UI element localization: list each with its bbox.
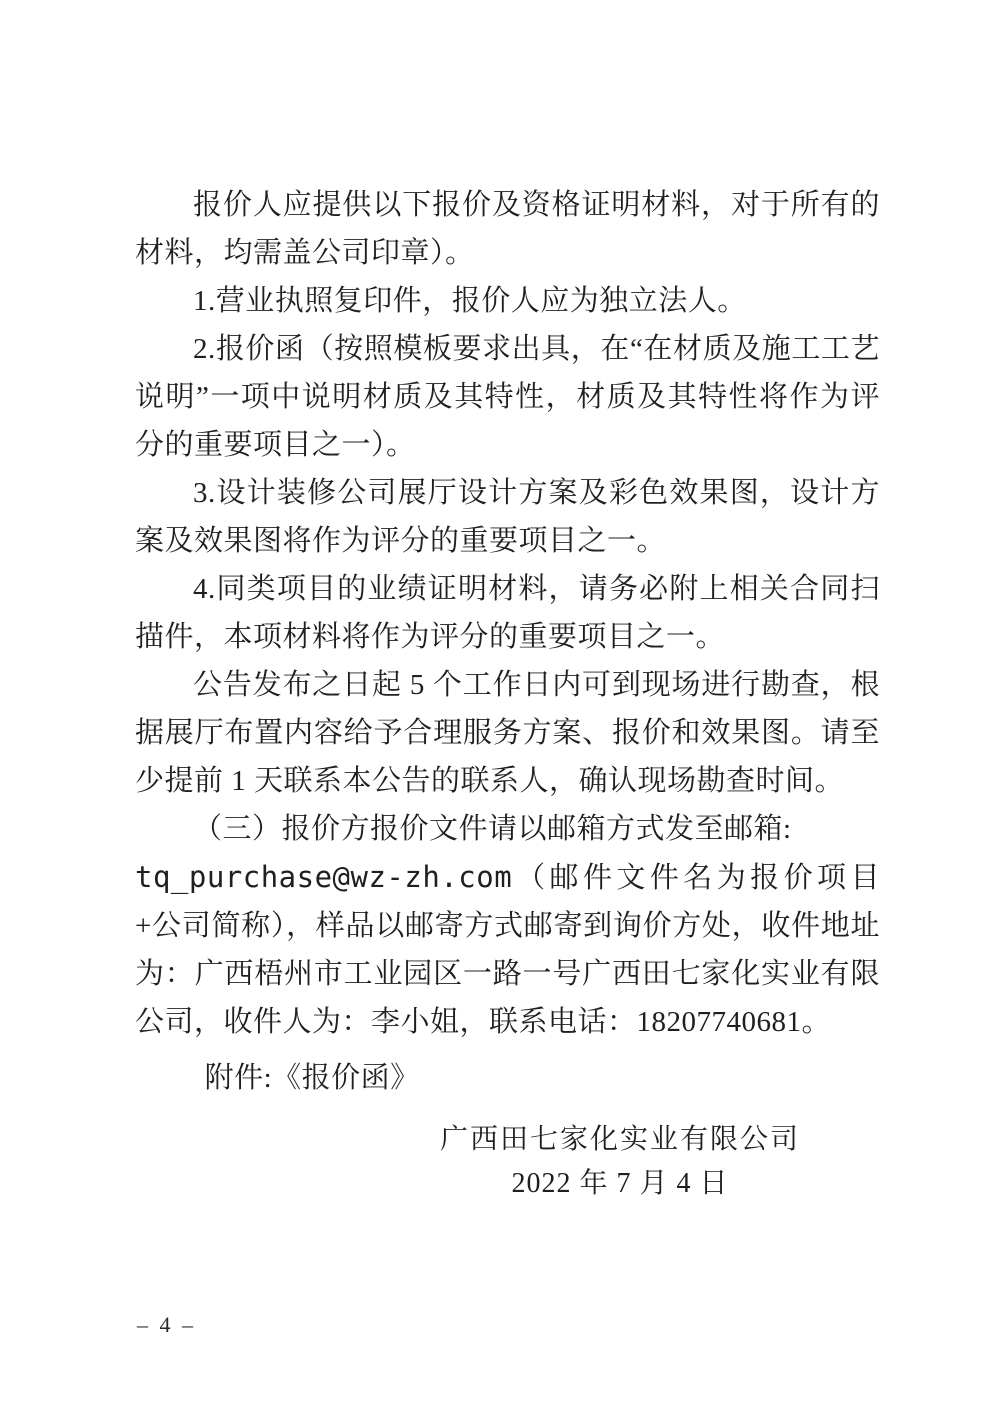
email-address: tq_purchase@wz-zh.com <box>135 860 512 894</box>
signature-block: 广西田七家化实业有限公司 2022 年 7 月 4 日 <box>360 1118 880 1206</box>
document-page: 报价人应提供以下报价及资格证明材料，对于所有的材料，均需盖公司印章）。 1.营业… <box>0 0 1000 1414</box>
document-body: 报价人应提供以下报价及资格证明材料，对于所有的材料，均需盖公司印章）。 1.营业… <box>135 181 880 1206</box>
page-number: – 4 – <box>137 1312 196 1337</box>
list-item-business-license: 1.营业执照复印件，报价人应为独立法人。 <box>135 277 880 325</box>
page-footer: – 4 – <box>137 1312 196 1338</box>
signature-company: 广西田七家化实业有限公司 <box>360 1118 880 1162</box>
signature-date: 2022 年 7 月 4 日 <box>360 1162 880 1206</box>
list-item-performance-proof: 4.同类项目的业绩证明材料，请务必附上相关合同扫描件，本项材料将作为评分的重要项… <box>135 565 880 661</box>
attachment-line: 附件:《报价函》 <box>135 1054 880 1102</box>
list-item-design-plan: 3.设计装修公司展厅设计方案及彩色效果图，设计方案及效果图将作为评分的重要项目之… <box>135 469 880 565</box>
paragraph-email-submission: （三）报价方报价文件请以邮箱方式发至邮箱: tq_purchase@wz-zh.… <box>135 805 880 1046</box>
list-item-quotation-letter: 2.报价函（按照模板要求出具，在“在材质及施工工艺说明”一项中说明材质及其特性，… <box>135 325 880 469</box>
paragraph-materials-intro: 报价人应提供以下报价及资格证明材料，对于所有的材料，均需盖公司印章）。 <box>135 181 880 277</box>
paragraph-site-survey: 公告发布之日起 5 个工作日内可到现场进行勘查，根据展厅布置内容给予合理服务方案… <box>135 661 880 805</box>
email-paragraph-body: tq_purchase@wz-zh.com（邮件文件名为报价项目+公司简称），样… <box>135 853 880 1046</box>
email-paragraph-lead: （三）报价方报价文件请以邮箱方式发至邮箱: <box>135 805 880 853</box>
